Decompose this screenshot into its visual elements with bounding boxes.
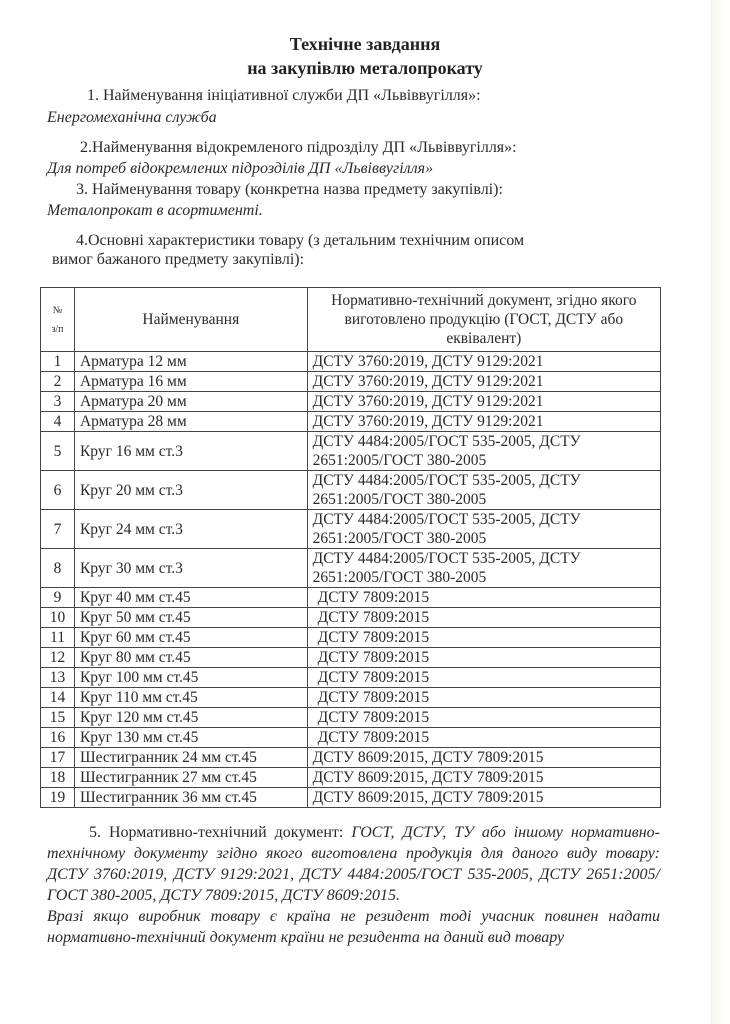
header-number-abbr: з/п: [51, 324, 63, 335]
row-document: ДСТУ 3760:2019, ДСТУ 9129:2021: [307, 352, 660, 372]
section-5-lead-plain: 5. Нормативно-технічний документ:: [89, 824, 351, 841]
row-document: ДСТУ 8609:2015, ДСТУ 7809:2015: [307, 768, 660, 788]
row-name: Круг 40 мм ст.45: [74, 588, 307, 608]
table-row: 7Круг 24 мм ст.3ДСТУ 4484:2005/ГОСТ 535-…: [41, 510, 661, 549]
section-3-heading: 3. Найменування товару (конкретна назва …: [76, 181, 503, 199]
row-name: Круг 20 мм ст.3: [74, 471, 307, 510]
row-document: ДСТУ 8609:2015, ДСТУ 7809:2015: [307, 788, 660, 808]
row-name: Круг 110 мм ст.45: [74, 688, 307, 708]
row-document: ДСТУ 7809:2015: [307, 688, 660, 708]
table-row: 8Круг 30 мм ст.3ДСТУ 4484:2005/ГОСТ 535-…: [41, 549, 661, 588]
header-number-symbol: №: [53, 305, 63, 316]
row-document: ДСТУ 3760:2019, ДСТУ 9129:2021: [307, 412, 660, 432]
row-document: ДСТУ 7809:2015: [307, 648, 660, 668]
row-number: 1: [41, 352, 75, 372]
header-number: № з/п: [41, 288, 75, 352]
row-name: Арматура 20 мм: [74, 392, 307, 412]
table-row: 10Круг 50 мм ст.45ДСТУ 7809:2015: [41, 608, 661, 628]
row-name: Круг 60 мм ст.45: [74, 628, 307, 648]
table-row: 12Круг 80 мм ст.45ДСТУ 7809:2015: [41, 648, 661, 668]
row-document: ДСТУ 4484:2005/ГОСТ 535-2005, ДСТУ 2651:…: [307, 549, 660, 588]
table-row: 17Шестигранник 24 мм ст.45ДСТУ 8609:2015…: [41, 748, 661, 768]
row-name: Круг 50 мм ст.45: [74, 608, 307, 628]
section-5-note: Вразі якщо виробник товару є країна не р…: [47, 906, 660, 948]
section-4-heading-line-2: вимог бажаного предмету закупівлі):: [52, 251, 304, 269]
row-number: 5: [41, 432, 75, 471]
row-number: 3: [41, 392, 75, 412]
row-number: 12: [41, 648, 75, 668]
section-5: 5. Нормативно-технічний документ: ГОСТ, …: [47, 822, 660, 948]
specification-table: № з/п Найменування Нормативно-технічний …: [40, 287, 661, 808]
row-number: 10: [41, 608, 75, 628]
row-document: ДСТУ 4484:2005/ГОСТ 535-2005, ДСТУ 2651:…: [307, 471, 660, 510]
row-number: 4: [41, 412, 75, 432]
table-row: 15Круг 120 мм ст.45ДСТУ 7809:2015: [41, 708, 661, 728]
table-row: 4Арматура 28 ммДСТУ 3760:2019, ДСТУ 9129…: [41, 412, 661, 432]
row-number: 18: [41, 768, 75, 788]
row-document: ДСТУ 7809:2015: [307, 628, 660, 648]
row-document: ДСТУ 4484:2005/ГОСТ 535-2005, ДСТУ 2651:…: [307, 510, 660, 549]
table-row: 13Круг 100 мм ст.45ДСТУ 7809:2015: [41, 668, 661, 688]
table-row: 16Круг 130 мм ст.45ДСТУ 7809:2015: [41, 728, 661, 748]
row-name: Шестигранник 27 мм ст.45: [74, 768, 307, 788]
row-number: 16: [41, 728, 75, 748]
row-document: ДСТУ 7809:2015: [307, 668, 660, 688]
section-5-standards: ДСТУ 3760:2019, ДСТУ 9129:2021, ДСТУ 448…: [47, 864, 660, 906]
table-row: 18Шестигранник 27 мм ст.45ДСТУ 8609:2015…: [41, 768, 661, 788]
section-1-value: Енергомеханічна служба: [47, 109, 217, 127]
row-name: Шестигранник 24 мм ст.45: [74, 748, 307, 768]
row-name: Арматура 12 мм: [74, 352, 307, 372]
row-number: 9: [41, 588, 75, 608]
row-document: ДСТУ 3760:2019, ДСТУ 9129:2021: [307, 372, 660, 392]
section-2-value: Для потреб відокремлених підрозділів ДП …: [47, 160, 433, 178]
row-number: 2: [41, 372, 75, 392]
table-row: 9Круг 40 мм ст.45ДСТУ 7809:2015: [41, 588, 661, 608]
row-number: 17: [41, 748, 75, 768]
row-name: Круг 100 мм ст.45: [74, 668, 307, 688]
table-row: 6Круг 20 мм ст.3ДСТУ 4484:2005/ГОСТ 535-…: [41, 471, 661, 510]
section-4-heading-line-1: 4.Основні характеристики товару (з детал…: [76, 232, 524, 250]
table-row: 5Круг 16 мм ст.3ДСТУ 4484:2005/ГОСТ 535-…: [41, 432, 661, 471]
table-row: 11Круг 60 мм ст.45ДСТУ 7809:2015: [41, 628, 661, 648]
table-row: 2Арматура 16 ммДСТУ 3760:2019, ДСТУ 9129…: [41, 372, 661, 392]
row-document: ДСТУ 7809:2015: [307, 728, 660, 748]
section-1-heading: 1. Найменування ініціативної служби ДП «…: [87, 87, 481, 105]
row-name: Шестигранник 36 мм ст.45: [74, 788, 307, 808]
header-name: Найменування: [74, 288, 307, 352]
row-name: Круг 16 мм ст.3: [74, 432, 307, 471]
row-number: 13: [41, 668, 75, 688]
row-document: ДСТУ 8609:2015, ДСТУ 7809:2015: [307, 748, 660, 768]
section-5-lead: 5. Нормативно-технічний документ: ГОСТ, …: [47, 822, 660, 864]
row-number: 7: [41, 510, 75, 549]
table-row: 3Арматура 20 ммДСТУ 3760:2019, ДСТУ 9129…: [41, 392, 661, 412]
row-document: ДСТУ 7809:2015: [307, 708, 660, 728]
table-body: 1Арматура 12 ммДСТУ 3760:2019, ДСТУ 9129…: [41, 352, 661, 808]
section-3-value: Металопрокат в асортименті.: [47, 202, 263, 220]
section-2-heading: 2.Найменування відокремленого підрозділу…: [80, 139, 517, 157]
row-number: 8: [41, 549, 75, 588]
row-document: ДСТУ 4484:2005/ГОСТ 535-2005, ДСТУ 2651:…: [307, 432, 660, 471]
row-document: ДСТУ 7809:2015: [307, 588, 660, 608]
table-row: 19Шестигранник 36 мм ст.45ДСТУ 8609:2015…: [41, 788, 661, 808]
table-row: 1Арматура 12 ммДСТУ 3760:2019, ДСТУ 9129…: [41, 352, 661, 372]
row-number: 19: [41, 788, 75, 808]
document-title: Технічне завдання: [0, 34, 730, 55]
row-name: Круг 80 мм ст.45: [74, 648, 307, 668]
row-number: 15: [41, 708, 75, 728]
row-name: Арматура 16 мм: [74, 372, 307, 392]
table-header-row: № з/п Найменування Нормативно-технічний …: [41, 288, 661, 352]
row-document: ДСТУ 3760:2019, ДСТУ 9129:2021: [307, 392, 660, 412]
row-name: Арматура 28 мм: [74, 412, 307, 432]
document-subtitle: на закупівлю металопрокату: [0, 58, 730, 79]
row-number: 6: [41, 471, 75, 510]
row-number: 14: [41, 688, 75, 708]
table-row: 14Круг 110 мм ст.45ДСТУ 7809:2015: [41, 688, 661, 708]
row-name: Круг 130 мм ст.45: [74, 728, 307, 748]
row-name: Круг 30 мм ст.3: [74, 549, 307, 588]
header-document: Нормативно-технічний документ, згідно як…: [307, 288, 660, 352]
row-name: Круг 120 мм ст.45: [74, 708, 307, 728]
scan-edge-artifact: [708, 0, 730, 1024]
row-number: 11: [41, 628, 75, 648]
row-name: Круг 24 мм ст.3: [74, 510, 307, 549]
row-document: ДСТУ 7809:2015: [307, 608, 660, 628]
